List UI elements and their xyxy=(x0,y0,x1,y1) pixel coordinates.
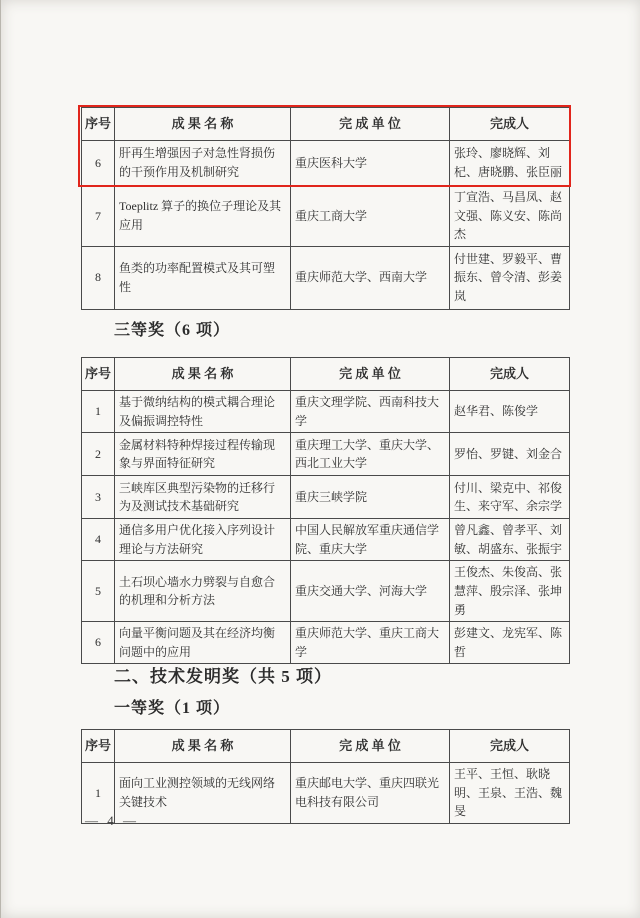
header-people: 完成人 xyxy=(450,108,570,141)
cell-people: 王俊杰、朱俊高、张慧萍、殷宗泽、张坤勇 xyxy=(450,561,570,622)
document-page: 序号 成 果 名 称 完 成 单 位 完成人 6 肝再生增强因子对急性肾损伤的干… xyxy=(0,0,640,918)
cell-unit: 重庆工商大学 xyxy=(291,186,450,247)
cell-index: 3 xyxy=(82,476,115,519)
cell-unit: 重庆邮电大学、重庆四联光电科技有限公司 xyxy=(291,763,450,824)
cell-people: 付世建、罗毅平、曹振东、曾令清、彭姜岚 xyxy=(450,246,570,309)
heading-tech-invention: 二、技术发明奖（共 5 项） xyxy=(114,662,332,687)
cell-unit: 重庆理工大学、重庆大学、西北工业大学 xyxy=(291,433,450,476)
table-row: 6 肝再生增强因子对急性肾损伤的干预作用及机制研究 重庆医科大学 张玲、廖晓辉、… xyxy=(82,141,570,186)
cell-index: 2 xyxy=(82,433,115,476)
table-row: 5 土石坝心墙水力劈裂与自愈合的机理和分析方法 重庆交通大学、河海大学 王俊杰、… xyxy=(82,561,570,622)
cell-index: 6 xyxy=(82,141,115,186)
table-header-row: 序号 成 果 名 称 完 成 单 位 完成人 xyxy=(82,730,570,763)
cell-name: Toeplitz 算子的换位子理论及其应用 xyxy=(115,186,291,247)
cell-unit: 重庆师范大学、重庆工商大学 xyxy=(291,622,450,664)
cell-people: 王平、王恒、耿晓明、王泉、王浩、魏旻 xyxy=(450,763,570,824)
header-people: 完成人 xyxy=(450,730,570,763)
table-row: 8 鱼类的功率配置模式及其可塑性 重庆师范大学、西南大学 付世建、罗毅平、曹振东… xyxy=(82,246,570,309)
cell-name: 通信多用户优化接入序列设计理论与方法研究 xyxy=(115,519,291,561)
cell-index: 5 xyxy=(82,561,115,622)
cell-people: 彭建文、龙宪军、陈哲 xyxy=(450,622,570,664)
cell-name: 面向工业测控领域的无线网络关键技术 xyxy=(115,763,291,824)
cell-people: 赵华君、陈俊学 xyxy=(450,391,570,433)
table-header-row: 序号 成 果 名 称 完 成 单 位 完成人 xyxy=(82,108,570,141)
cell-name: 基于微纳结构的模式耦合理论及偏振调控特性 xyxy=(115,391,291,433)
cell-unit: 重庆师范大学、西南大学 xyxy=(291,246,450,309)
table-row: 2 金属材料特种焊接过程传输现象与界面特征研究 重庆理工大学、重庆大学、西北工业… xyxy=(82,433,570,476)
cell-unit: 重庆交通大学、河海大学 xyxy=(291,561,450,622)
heading-first-prize: 一等奖（1 项） xyxy=(114,695,230,718)
header-index: 序号 xyxy=(82,730,115,763)
table-row: 1 基于微纳结构的模式耦合理论及偏振调控特性 重庆文理学院、西南科技大学 赵华君… xyxy=(82,391,570,433)
table-row: 6 向量平衡问题及其在经济均衡问题中的应用 重庆师范大学、重庆工商大学 彭建文、… xyxy=(82,622,570,664)
header-name: 成 果 名 称 xyxy=(115,730,291,763)
cell-people: 曾凡鑫、曾孝平、刘敏、胡盛东、张振宇 xyxy=(450,519,570,561)
header-name: 成 果 名 称 xyxy=(115,108,291,141)
header-unit: 完 成 单 位 xyxy=(291,730,450,763)
header-name: 成 果 名 称 xyxy=(115,358,291,391)
cell-index: 7 xyxy=(82,186,115,247)
cell-index: 8 xyxy=(82,246,115,309)
cell-people: 丁宣浩、马昌凤、赵文强、陈义安、陈尚杰 xyxy=(450,186,570,247)
cell-unit: 重庆三峡学院 xyxy=(291,476,450,519)
cell-unit: 中国人民解放军重庆通信学院、重庆大学 xyxy=(291,519,450,561)
cell-name: 肝再生增强因子对急性肾损伤的干预作用及机制研究 xyxy=(115,141,291,186)
cell-people: 付川、梁克中、祁俊生、来守军、余宗学 xyxy=(450,476,570,519)
heading-third-prize: 三等奖（6 项） xyxy=(114,317,230,340)
cell-name: 向量平衡问题及其在经济均衡问题中的应用 xyxy=(115,622,291,664)
page-number: — 4 — xyxy=(85,813,139,829)
award-table-tech-first-prize: 序号 成 果 名 称 完 成 单 位 完成人 1 面向工业测控领域的无线网络关键… xyxy=(81,729,570,824)
cell-name: 三峡库区典型污染物的迁移行为及测试技术基础研究 xyxy=(115,476,291,519)
header-index: 序号 xyxy=(82,108,115,141)
cell-people: 张玲、廖晓辉、刘杞、唐晓鹏、张臣丽 xyxy=(450,141,570,186)
award-table-third-prize: 序号 成 果 名 称 完 成 单 位 完成人 1 基于微纳结构的模式耦合理论及偏… xyxy=(81,357,570,664)
header-unit: 完 成 单 位 xyxy=(291,108,450,141)
table-row: 7 Toeplitz 算子的换位子理论及其应用 重庆工商大学 丁宣浩、马昌凤、赵… xyxy=(82,186,570,247)
table-header-row: 序号 成 果 名 称 完 成 单 位 完成人 xyxy=(82,358,570,391)
header-people: 完成人 xyxy=(450,358,570,391)
cell-index: 1 xyxy=(82,391,115,433)
header-index: 序号 xyxy=(82,358,115,391)
cell-index: 4 xyxy=(82,519,115,561)
cell-index: 6 xyxy=(82,622,115,664)
table-row: 4 通信多用户优化接入序列设计理论与方法研究 中国人民解放军重庆通信学院、重庆大… xyxy=(82,519,570,561)
cell-name: 土石坝心墙水力劈裂与自愈合的机理和分析方法 xyxy=(115,561,291,622)
cell-name: 鱼类的功率配置模式及其可塑性 xyxy=(115,246,291,309)
cell-unit: 重庆文理学院、西南科技大学 xyxy=(291,391,450,433)
cell-name: 金属材料特种焊接过程传输现象与界面特征研究 xyxy=(115,433,291,476)
award-table-second-prize: 序号 成 果 名 称 完 成 单 位 完成人 6 肝再生增强因子对急性肾损伤的干… xyxy=(81,107,570,310)
table-row: 3 三峡库区典型污染物的迁移行为及测试技术基础研究 重庆三峡学院 付川、梁克中、… xyxy=(82,476,570,519)
cell-people: 罗怡、罗键、刘金合 xyxy=(450,433,570,476)
table-row: 1 面向工业测控领域的无线网络关键技术 重庆邮电大学、重庆四联光电科技有限公司 … xyxy=(82,763,570,824)
cell-unit: 重庆医科大学 xyxy=(291,141,450,186)
header-unit: 完 成 单 位 xyxy=(291,358,450,391)
